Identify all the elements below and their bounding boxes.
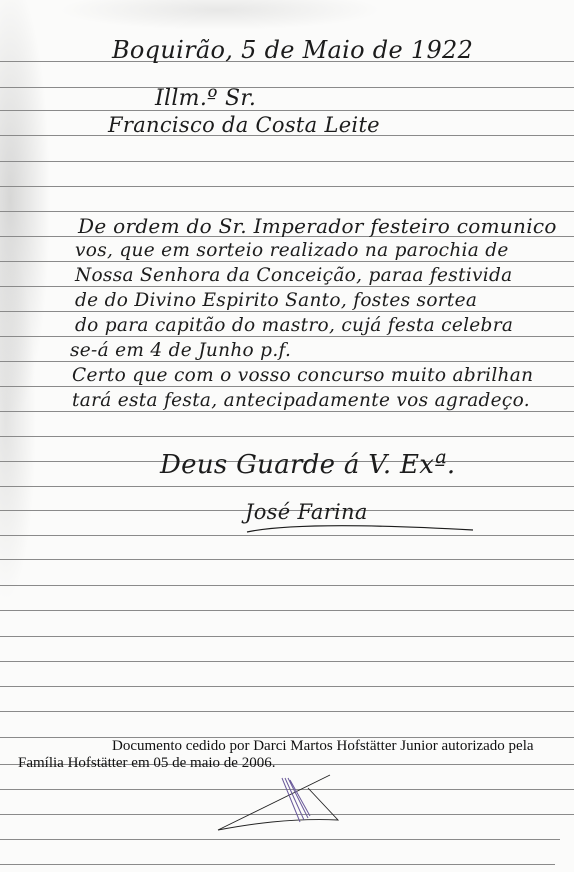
body-line: tará esta festa, antecipadamente vos agr… bbox=[72, 390, 530, 411]
ruled-line bbox=[0, 161, 574, 162]
ruled-line bbox=[0, 559, 574, 560]
ruled-line bbox=[0, 864, 555, 865]
ruled-line bbox=[0, 311, 574, 312]
signature-flourish-icon bbox=[245, 522, 475, 536]
ruled-line bbox=[0, 585, 574, 586]
ruled-line bbox=[0, 361, 574, 362]
ruled-line bbox=[0, 286, 574, 287]
ruled-line bbox=[0, 261, 574, 262]
body-line: De ordem do Sr. Imperador festeiro comun… bbox=[78, 214, 557, 238]
ruled-line bbox=[0, 636, 574, 637]
ruled-line bbox=[0, 411, 574, 412]
ruled-line bbox=[0, 386, 574, 387]
ruled-line bbox=[0, 186, 574, 187]
ruled-line bbox=[0, 211, 574, 212]
closing-phrase: Deus Guarde á V. Exª. bbox=[160, 450, 455, 480]
ruled-line bbox=[0, 436, 574, 437]
salutation: Illm.º Sr. bbox=[155, 86, 256, 111]
ruled-line bbox=[0, 336, 574, 337]
addressee: Francisco da Costa Leite bbox=[108, 113, 380, 137]
ruled-line bbox=[0, 610, 574, 611]
place-date: Boquirão, 5 de Maio de 1922 bbox=[112, 36, 473, 64]
ruled-line bbox=[0, 110, 574, 111]
signature: José Farina bbox=[245, 500, 368, 524]
handwritten-signature-mark-icon bbox=[210, 770, 360, 840]
body-line: se-á em 4 de Junho p.f. bbox=[70, 340, 291, 361]
ruled-line bbox=[0, 686, 574, 687]
body-line: Certo que com o vosso concurso muito abr… bbox=[72, 365, 533, 386]
body-line: vos, que em sorteio realizado na parochi… bbox=[75, 240, 509, 261]
ruled-line bbox=[0, 87, 574, 88]
ruled-line bbox=[0, 711, 574, 712]
ruled-line bbox=[0, 486, 574, 487]
body-line: de do Divino Espirito Santo, fostes sort… bbox=[75, 290, 477, 311]
document-page: Boquirão, 5 de Maio de 1922 Illm.º Sr. F… bbox=[0, 0, 574, 872]
body-line: do para capitão do mastro, cujá festa ce… bbox=[75, 315, 513, 336]
ruled-line bbox=[0, 661, 574, 662]
body-line: Nossa Senhora da Conceição, paraa festiv… bbox=[75, 265, 512, 286]
footer-note-line-1: Documento cedido por Darci Martos Hofstä… bbox=[112, 738, 534, 755]
